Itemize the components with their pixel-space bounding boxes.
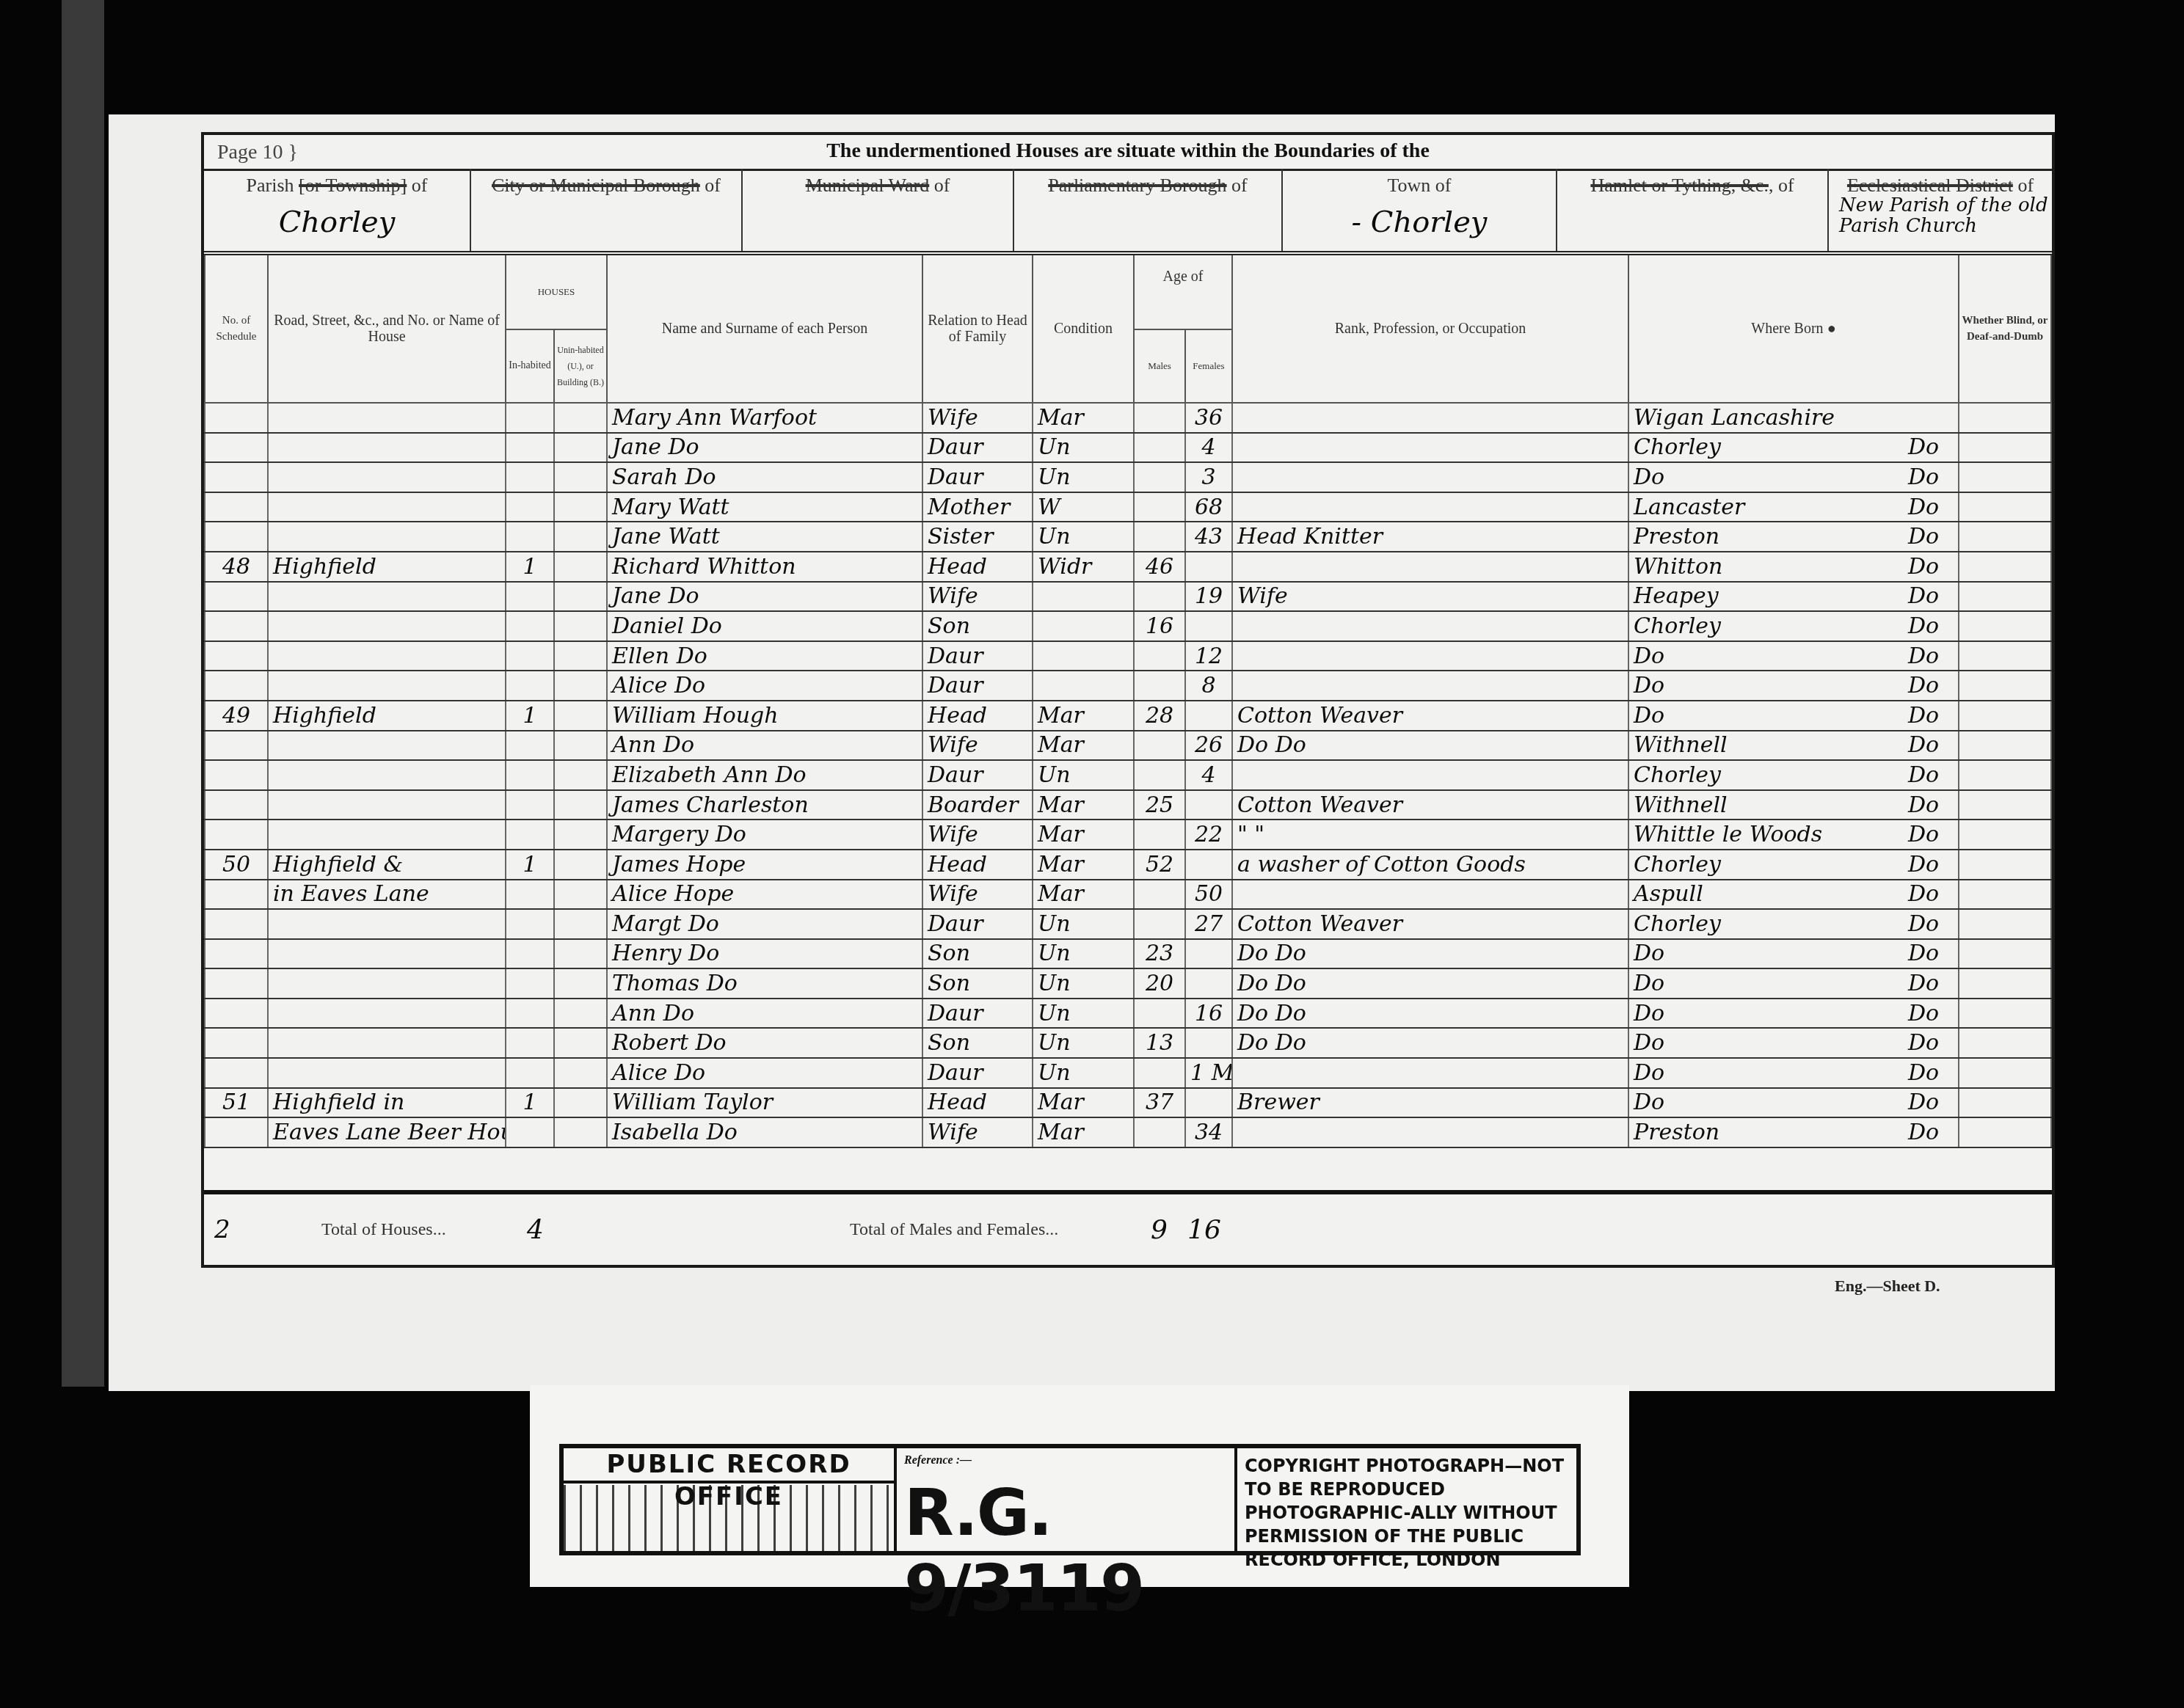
schedule-cell [205,1028,268,1058]
table-row: Mary WattMotherW68LancasterDo [205,492,2051,522]
blind-cell [1959,1058,2051,1088]
inhabited-cell [506,999,554,1029]
parish-cell: Parish [or Township] of Chorley [204,169,471,251]
occupation-cell: a washer of Cotton Goods [1232,850,1628,880]
sheet-label: Eng.—Sheet D. [1835,1277,1940,1296]
blind-cell [1959,1088,2051,1118]
inhabited-cell [506,403,554,433]
condition-cell: Mar [1033,1117,1134,1147]
uninhabited-cell [554,671,607,701]
condition-cell: Mar [1033,820,1134,850]
road-cell [268,968,506,999]
born-cell: PrestonDo [1628,522,1959,552]
male-age-cell [1134,582,1185,612]
name-cell: Jane Watt [607,522,922,552]
condition-cell [1033,611,1134,641]
born-cell: DoDo [1628,462,1959,492]
occupation-cell [1232,462,1628,492]
relation-cell: Son [922,939,1033,969]
born-cell: LancasterDo [1628,492,1959,522]
schedule-cell [205,1058,268,1088]
occupation-cell [1232,671,1628,701]
table-row: Ellen DoDaur12DoDo [205,641,2051,671]
table-row: Margt DoDaurUn27Cotton WeaverChorleyDo [205,909,2051,939]
female-age-cell: 50 [1185,880,1232,910]
born-cell: DoDo [1628,1088,1959,1118]
blind-cell [1959,880,2051,910]
col-occupation: Rank, Profession, or Occupation [1232,255,1628,403]
parish-value: Chorley [204,205,470,239]
uninhabited-cell [554,522,607,552]
name-cell: Daniel Do [607,611,922,641]
schedule-cell [205,522,268,552]
schedule-cell [205,999,268,1029]
condition-cell [1033,671,1134,701]
male-age-cell: 52 [1134,850,1185,880]
blind-cell [1959,552,2051,582]
occupation-cell: Cotton Weaver [1232,790,1628,820]
relation-cell: Daur [922,641,1033,671]
relation-cell: Head [922,1088,1033,1118]
relation-cell: Wife [922,731,1033,761]
schedule-cell [205,433,268,463]
uninhabited-cell [554,880,607,910]
male-age-cell: 46 [1134,552,1185,582]
col-road: Road, Street, &c., and No. or Name of Ho… [268,255,506,403]
schedule-cell [205,1117,268,1147]
occupation-cell: Do Do [1232,999,1628,1029]
table-row: Sarah DoDaurUn3DoDo [205,462,2051,492]
table-row: in Eaves LaneAlice HopeWifeMar50AspullDo [205,880,2051,910]
inhabited-cell: 1 [506,701,554,731]
blind-cell [1959,790,2051,820]
condition-cell: Mar [1033,880,1134,910]
col-condition: Condition [1033,255,1134,403]
table-row: Henry DoSonUn23Do DoDoDo [205,939,2051,969]
condition-cell: Mar [1033,1088,1134,1118]
hamlet-cell: Hamlet or Tything, &c., of [1557,169,1829,251]
col-where-born: Where Born ● [1628,255,1959,403]
schedule-cell [205,939,268,969]
col-relation: Relation to Head of Family [922,255,1033,403]
inhabited-cell [506,968,554,999]
male-age-cell [1134,433,1185,463]
name-cell: Margt Do [607,909,922,939]
ruler-icon [564,1485,894,1551]
copyright-notice: COPYRIGHT PHOTOGRAPH—NOT TO BE REPRODUCE… [1237,1448,1576,1551]
male-age-cell [1134,1058,1185,1088]
uninhabited-cell [554,999,607,1029]
blind-cell [1959,671,2051,701]
born-cell: Wigan Lancashire [1628,403,1959,433]
male-age-cell: 37 [1134,1088,1185,1118]
blind-cell [1959,939,2051,969]
condition-cell: Un [1033,1058,1134,1088]
schedule-cell [205,909,268,939]
col-inhabited: In-habited [506,329,554,403]
road-cell [268,1058,506,1088]
municipal-borough-cell: City or Municipal Borough of [471,169,743,251]
male-age-cell: 16 [1134,611,1185,641]
road-cell [268,433,506,463]
occupation-cell [1232,1117,1628,1147]
female-age-cell: 16 [1185,999,1232,1029]
inhabited-cell [506,641,554,671]
born-cell: WithnellDo [1628,731,1959,761]
blind-cell [1959,909,2051,939]
name-cell: Elizabeth Ann Do [607,760,922,790]
name-cell: Jane Do [607,582,922,612]
inhabited-cell [506,611,554,641]
female-age-cell [1185,1028,1232,1058]
female-age-cell: 34 [1185,1117,1232,1147]
occupation-cell: Brewer [1232,1088,1628,1118]
ecclesiastical-district-cell: Ecclesiastical District of New Parish of… [1829,169,2052,251]
relation-cell: Head [922,701,1033,731]
blind-cell [1959,582,2051,612]
table-row: Jane DoDaurUn4ChorleyDo [205,433,2051,463]
relation-cell: Head [922,552,1033,582]
col-schedule: No. of Schedule [205,255,268,403]
inhabited-cell [506,522,554,552]
occupation-cell: Wife [1232,582,1628,612]
female-age-cell: 4 [1185,433,1232,463]
table-row: Elizabeth Ann DoDaurUn4ChorleyDo [205,760,2051,790]
parliamentary-borough-cell: Parliamentary Borough of [1014,169,1283,251]
uninhabited-cell [554,850,607,880]
male-age-cell: 13 [1134,1028,1185,1058]
inhabited-cell [506,582,554,612]
born-cell: DoDo [1628,939,1959,969]
inhabited-cell [506,731,554,761]
pro-ruler-block: PUBLIC RECORD OFFICE [564,1448,897,1551]
occupation-cell [1232,611,1628,641]
blind-cell [1959,760,2051,790]
town-value: - Chorley [1283,205,1556,239]
female-age-cell [1185,552,1232,582]
condition-cell: Un [1033,522,1134,552]
born-cell: DoDo [1628,1058,1959,1088]
table-row: Ann DoDaurUn16Do DoDoDo [205,999,2051,1029]
male-age-cell [1134,731,1185,761]
uninhabited-cell [554,701,607,731]
inhabited-cell [506,820,554,850]
col-uninhabited: Unin-habited (U.), or Building (B.) [554,329,607,403]
road-cell [268,641,506,671]
occupation-cell: Do Do [1232,939,1628,969]
male-age-cell [1134,641,1185,671]
born-cell: ChorleyDo [1628,433,1959,463]
blind-cell [1959,731,2051,761]
pro-title: PUBLIC RECORD OFFICE [564,1448,894,1483]
relation-cell: Daur [922,462,1033,492]
born-cell: DoDo [1628,701,1959,731]
road-cell [268,403,506,433]
relation-cell: Head [922,850,1033,880]
born-cell: DoDo [1628,1028,1959,1058]
occupation-cell [1232,1058,1628,1088]
schedule-cell [205,671,268,701]
col-blind-deaf: Whether Blind, or Deaf-and-Dumb [1959,255,2051,403]
male-age-cell [1134,880,1185,910]
inhabited-cell [506,939,554,969]
reference-label: Reference :— [904,1454,972,1467]
blind-cell [1959,820,2051,850]
reference-block: Reference :— R.G. 9/3119 [897,1448,1237,1551]
name-cell: Isabella Do [607,1117,922,1147]
female-age-cell [1185,850,1232,880]
road-cell [268,939,506,969]
name-cell: Ann Do [607,999,922,1029]
uninhabited-cell [554,433,607,463]
occupation-cell: Do Do [1232,968,1628,999]
relation-cell: Wife [922,582,1033,612]
occupation-cell [1232,492,1628,522]
relation-cell: Son [922,1028,1033,1058]
male-age-cell [1134,760,1185,790]
female-age-cell [1185,611,1232,641]
ecclesiastical-district-value: New Parish of the old Parish Church [1829,195,2052,236]
born-cell: WithnellDo [1628,790,1959,820]
inhabited-cell [506,790,554,820]
female-age-cell [1185,1088,1232,1118]
relation-cell: Boarder [922,790,1033,820]
relation-cell: Wife [922,1117,1033,1147]
occupation-cell [1232,403,1628,433]
relation-cell: Son [922,968,1033,999]
blind-cell [1959,403,2051,433]
uninhabited-cell [554,968,607,999]
schedule-cell [205,731,268,761]
inhabited-cell [506,671,554,701]
condition-cell [1033,582,1134,612]
blind-cell [1959,433,2051,463]
female-age-cell: 1 Mo [1185,1058,1232,1088]
boundaries-row: Parish [or Township] of Chorley City or … [204,169,2052,255]
female-age-cell [1185,968,1232,999]
schedule-cell [205,790,268,820]
male-age-cell: 28 [1134,701,1185,731]
occupation-cell [1232,552,1628,582]
uninhabited-cell [554,731,607,761]
name-cell: Richard Whitton [607,552,922,582]
road-cell [268,999,506,1029]
road-cell [268,790,506,820]
road-cell [268,462,506,492]
uninhabited-cell [554,909,607,939]
table-row: Alice DoDaur8DoDo [205,671,2051,701]
occupation-cell: " " [1232,820,1628,850]
table-row: Thomas DoSonUn20Do DoDoDo [205,968,2051,999]
totals-row: 2 Total of Houses... 4 Total of Males an… [204,1190,2052,1265]
relation-cell: Son [922,611,1033,641]
occupation-cell: Cotton Weaver [1232,701,1628,731]
total-males-value: 9 [1151,1215,1168,1245]
road-cell: Highfield [268,701,506,731]
uninhabited-cell [554,552,607,582]
table-row: 51Highfield in1William TaylorHeadMar37Br… [205,1088,2051,1118]
uninhabited-cell [554,820,607,850]
female-age-cell: 19 [1185,582,1232,612]
road-cell [268,760,506,790]
uninhabited-cell [554,1088,607,1118]
inhabited-cell [506,1058,554,1088]
relation-cell: Daur [922,671,1033,701]
uninhabited-cell [554,462,607,492]
name-cell: Alice Do [607,1058,922,1088]
male-age-cell [1134,671,1185,701]
condition-cell: Widr [1033,552,1134,582]
condition-cell: Un [1033,1028,1134,1058]
female-age-cell: 8 [1185,671,1232,701]
uninhabited-cell [554,790,607,820]
road-cell: Eaves Lane Beer House [268,1117,506,1147]
condition-cell: Un [1033,433,1134,463]
schedule-cell [205,760,268,790]
name-cell: Sarah Do [607,462,922,492]
uninhabited-cell [554,1028,607,1058]
name-cell: William Taylor [607,1088,922,1118]
total-houses-value: 4 [527,1215,544,1245]
born-cell: DoDo [1628,968,1959,999]
born-cell: HeapeyDo [1628,582,1959,612]
relation-cell: Sister [922,522,1033,552]
female-age-cell [1185,701,1232,731]
condition-cell: Un [1033,909,1134,939]
born-cell: DoDo [1628,641,1959,671]
name-cell: James Charleston [607,790,922,820]
name-cell: Mary Watt [607,492,922,522]
male-age-cell: 20 [1134,968,1185,999]
table-row: Jane WattSisterUn43Head KnitterPrestonDo [205,522,2051,552]
schedule-cell [205,403,268,433]
occupation-cell: Do Do [1232,1028,1628,1058]
table-row: James CharlestonBoarderMar25Cotton Weave… [205,790,2051,820]
male-age-cell [1134,1117,1185,1147]
road-cell [268,731,506,761]
blind-cell [1959,850,2051,880]
uninhabited-cell [554,760,607,790]
total-females-value: 16 [1187,1215,1221,1245]
schedule-cell: 49 [205,701,268,731]
relation-cell: Wife [922,820,1033,850]
female-age-cell: 43 [1185,522,1232,552]
table-row: Robert DoSonUn13Do DoDoDo [205,1028,2051,1058]
occupation-cell: Cotton Weaver [1232,909,1628,939]
name-cell: Henry Do [607,939,922,969]
born-cell: ChorleyDo [1628,611,1959,641]
blind-cell [1959,968,2051,999]
blind-cell [1959,462,2051,492]
inhabited-cell [506,880,554,910]
relation-cell: Mother [922,492,1033,522]
occupation-cell [1232,760,1628,790]
schedule-cell [205,582,268,612]
schedule-cell [205,820,268,850]
name-cell: Robert Do [607,1028,922,1058]
female-age-cell: 36 [1185,403,1232,433]
relation-cell: Daur [922,909,1033,939]
census-table: No. of Schedule Road, Street, &c., and N… [204,255,2052,1148]
inhabited-cell [506,492,554,522]
blind-cell [1959,522,2051,552]
schedule-cell [205,641,268,671]
condition-cell: Mar [1033,403,1134,433]
name-cell: William Hough [607,701,922,731]
road-cell [268,820,506,850]
uninhabited-cell [554,939,607,969]
occupation-cell [1232,641,1628,671]
road-cell: Highfield [268,552,506,582]
female-age-cell: 27 [1185,909,1232,939]
name-cell: James Hope [607,850,922,880]
born-cell: ChorleyDo [1628,760,1959,790]
road-cell [268,522,506,552]
male-age-cell [1134,492,1185,522]
blind-cell [1959,641,2051,671]
inhabited-cell [506,462,554,492]
road-cell [268,1028,506,1058]
road-cell [268,492,506,522]
form-banner: The undermentioned Houses are situate wi… [204,139,2052,163]
col-houses: HOUSES [506,255,607,329]
relation-cell: Daur [922,999,1033,1029]
female-age-cell: 4 [1185,760,1232,790]
relation-cell: Daur [922,760,1033,790]
name-cell: Thomas Do [607,968,922,999]
table-row: 50Highfield &1James HopeHeadMar52a washe… [205,850,2051,880]
road-cell: Highfield in [268,1088,506,1118]
inhabited-cell: 1 [506,552,554,582]
schedule-cell: 51 [205,1088,268,1118]
road-cell [268,909,506,939]
male-age-cell [1134,403,1185,433]
table-row: 49Highfield1William HoughHeadMar28Cotton… [205,701,2051,731]
relation-cell: Wife [922,403,1033,433]
blind-cell [1959,701,2051,731]
name-cell: Mary Ann Warfoot [607,403,922,433]
occupation-cell: Do Do [1232,731,1628,761]
blind-cell [1959,492,2051,522]
inhabited-cell [506,1028,554,1058]
col-age: Age of [1134,255,1232,329]
blind-cell [1959,1117,2051,1147]
born-cell: DoDo [1628,999,1959,1029]
condition-cell: Mar [1033,701,1134,731]
born-cell: AspullDo [1628,880,1959,910]
male-age-cell: 25 [1134,790,1185,820]
blind-cell [1959,999,2051,1029]
table-row: Jane DoWife19WifeHeapeyDo [205,582,2051,612]
road-cell [268,582,506,612]
schedule-cell [205,880,268,910]
total-houses-label: Total of Houses... [321,1220,446,1240]
name-cell: Alice Do [607,671,922,701]
male-age-cell [1134,820,1185,850]
relation-cell: Daur [922,1058,1033,1088]
uninhabited-cell [554,492,607,522]
female-age-cell: 68 [1185,492,1232,522]
schedule-cell: 48 [205,552,268,582]
inhabited-cell [506,760,554,790]
census-form: Page 10 } The undermentioned Houses are … [201,132,2055,1268]
condition-cell: Un [1033,968,1134,999]
inhabited-cell: 1 [506,1088,554,1118]
male-age-cell [1134,522,1185,552]
condition-cell: Mar [1033,790,1134,820]
male-age-cell [1134,999,1185,1029]
table-row: Mary Ann WarfootWifeMar36Wigan Lancashir… [205,403,2051,433]
